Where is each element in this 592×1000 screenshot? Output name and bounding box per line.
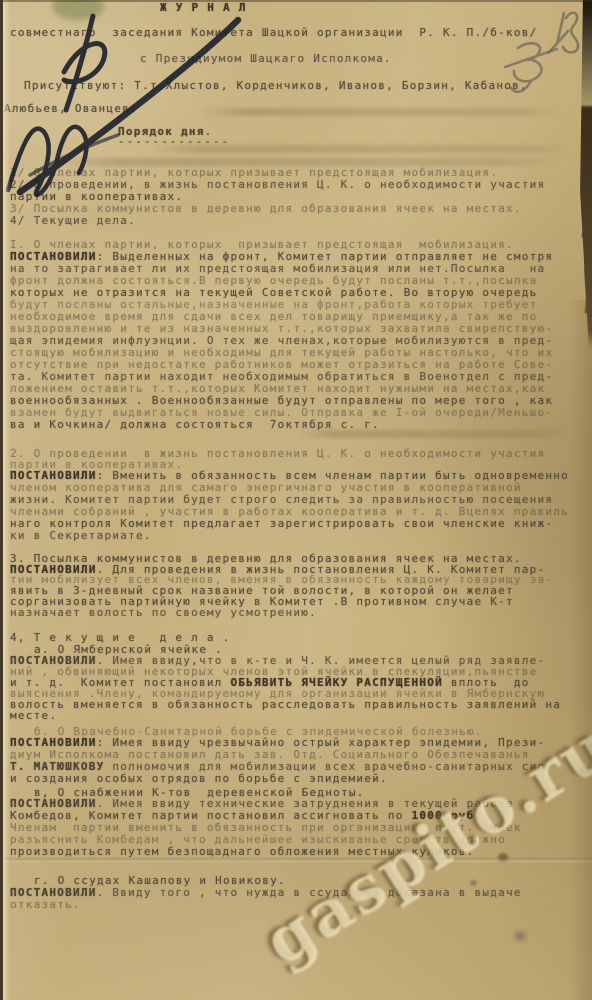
text-line: месте. bbox=[10, 710, 592, 722]
text-line: I. О членах партии, которых призывает пр… bbox=[10, 239, 592, 251]
page-edge-top bbox=[0, 0, 592, 2]
bleed-through-text bbox=[60, 158, 560, 166]
text-line: совместнаго заседания Комитета Шацкой ор… bbox=[10, 27, 592, 39]
text-line: фронт должна состояться.В первую очередь… bbox=[10, 275, 592, 287]
document-scan: Ж У Р Н А Лсовместнаго заседания Комитет… bbox=[0, 0, 592, 1000]
text-line: 4/ Текущие дела. bbox=[10, 215, 592, 227]
paper-crease bbox=[0, 858, 592, 862]
ink-speck bbox=[514, 931, 526, 941]
text-line: членами собраний , участия в работах коо… bbox=[10, 506, 592, 518]
text-line: ложением оставить т.т.,которых Комитет н… bbox=[10, 383, 592, 395]
text-line: с Президиумом Шацкаго Исполкома. bbox=[140, 53, 592, 65]
page-edge-shadow bbox=[570, 300, 592, 1000]
text-line: тии мобилизует всех членов, вменяя в обя… bbox=[10, 574, 592, 586]
text-line: выяснения .Члену, командируемому для орг… bbox=[10, 688, 592, 700]
text-line: 2/ О проведении, в жизнь постановления Ц… bbox=[10, 179, 592, 191]
text-line: б. О Врачебно-Санитарной борьбе с эпидем… bbox=[34, 726, 592, 738]
page-edge-highlight bbox=[3, 0, 10, 1000]
text-line: Присутствуют: Т.т.Хлыстов, Корденчиков, … bbox=[24, 80, 592, 92]
text-line: ки в Секретариате. bbox=[10, 530, 592, 542]
doc-title: Ж У Р Н А Л bbox=[160, 2, 592, 14]
text-line: взамен будут выдвигаться новые силы. Отп… bbox=[10, 407, 592, 419]
bleed-through-text bbox=[200, 108, 560, 116]
text-line: ний , обвиняющий некоторых членов этой я… bbox=[10, 666, 592, 678]
text-line: партии в кооперативах. bbox=[10, 459, 592, 471]
text-line: производиться путем безпощаднаго обложен… bbox=[10, 846, 592, 858]
text-line: назначает волость по своему усмотрению. bbox=[10, 607, 592, 619]
text-line: Порядок дня. bbox=[118, 126, 592, 138]
text-line: волость вменяется в обязанность расследо… bbox=[10, 699, 592, 711]
bleed-through-text bbox=[150, 145, 570, 153]
bleed-through-text bbox=[300, 430, 570, 438]
